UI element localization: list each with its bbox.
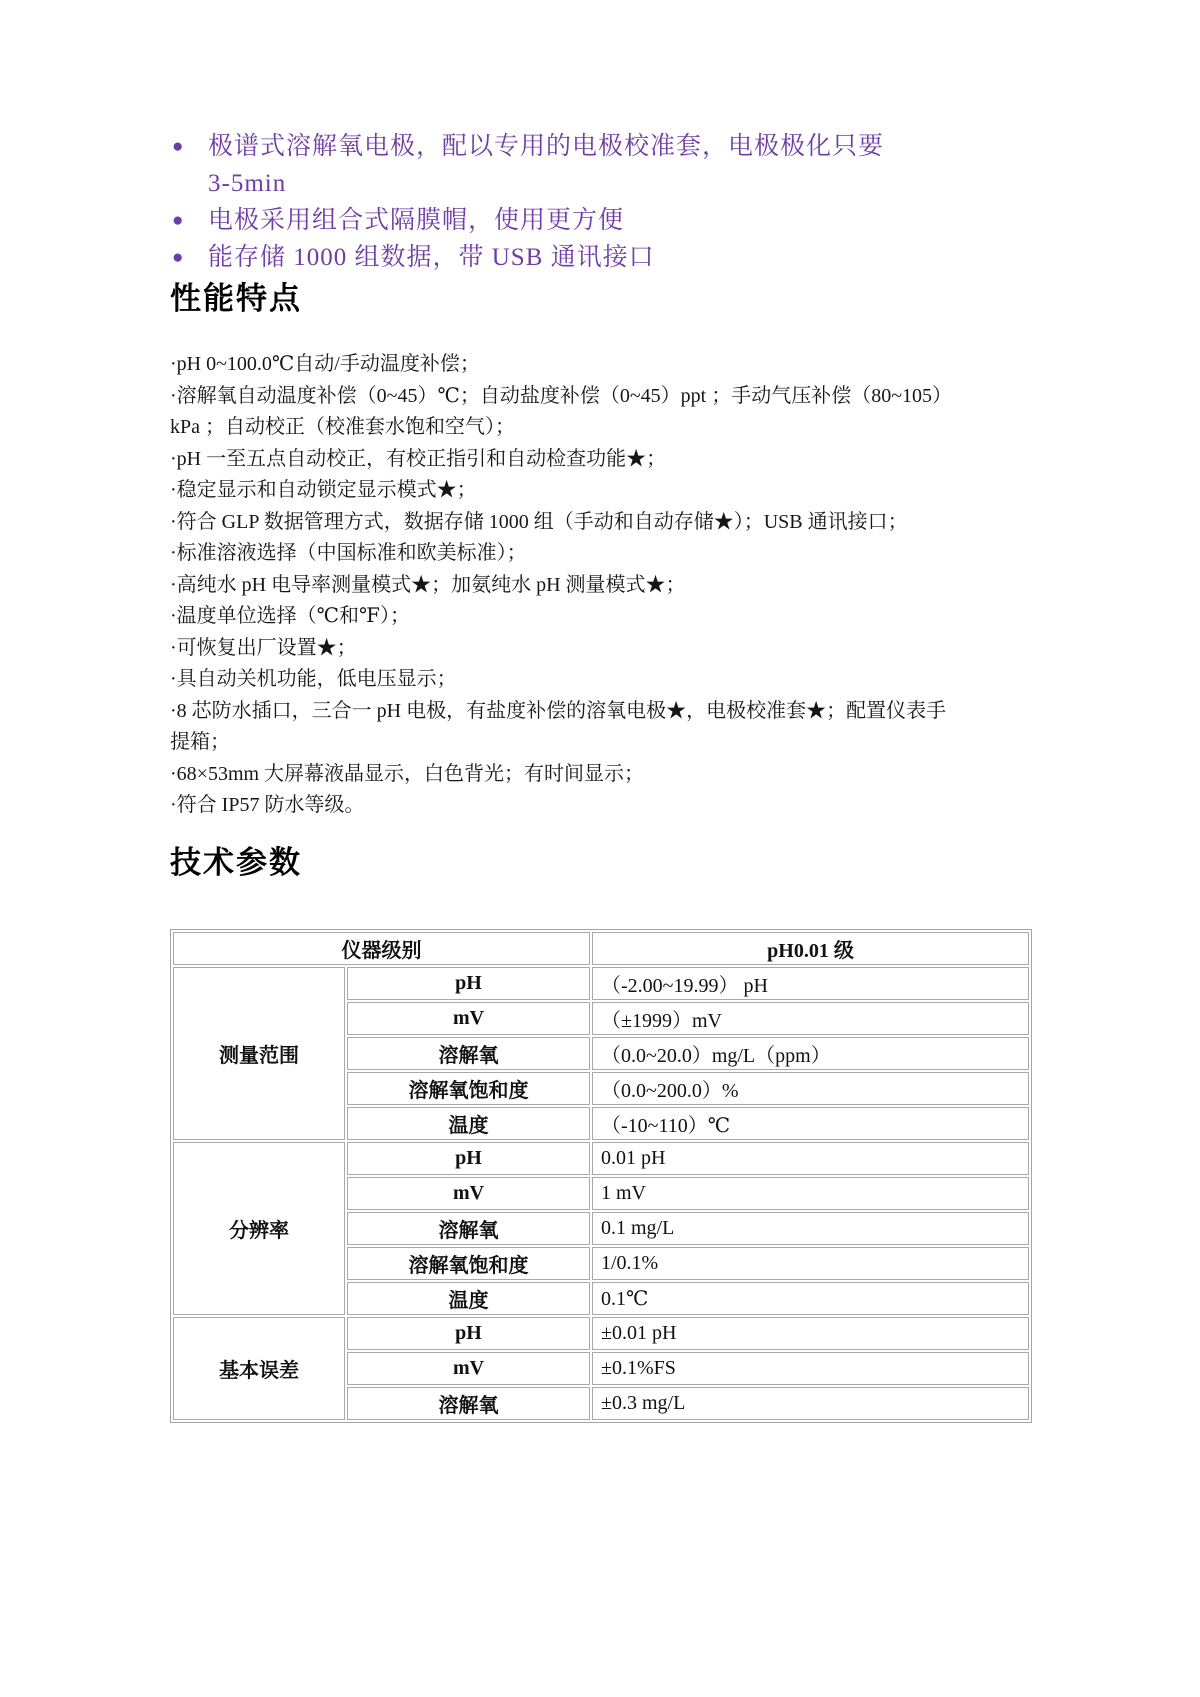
bullet-icon: ● <box>170 202 208 239</box>
param-cell: mV <box>347 1002 590 1035</box>
feature-item: ·高纯水 pH 电导率测量模式★；加氨纯水 pH 测量模式★； <box>170 570 950 602</box>
value-cell: 0.1 mg/L <box>592 1212 1029 1245</box>
feature-item: ·符合 IP57 防水等级。 <box>170 790 950 822</box>
value-cell: （0.0~200.0）% <box>592 1072 1029 1105</box>
group-cell-resolution: 分辨率 <box>173 1142 345 1315</box>
bullet-line: 电极采用组合式隔膜帽，使用更方便 <box>208 202 624 239</box>
document-page: ● 极谱式溶解氧电极，配以专用的电极校准套，电极极化只要 3-5min ● 电极… <box>0 0 1200 1697</box>
feature-list: ·pH 0~100.0℃自动/手动温度补偿； ·溶解氧自动温度补偿（0~45）℃… <box>170 349 1140 822</box>
feature-item: ·温度单位选择（℃和℉）； <box>170 601 950 633</box>
feature-item: ·溶解氧自动温度补偿（0~45）℃；自动盐度补偿（0~45）ppt ；手动气压补… <box>170 381 950 444</box>
param-cell: 溶解氧 <box>347 1037 590 1070</box>
feature-item: ·68×53mm 大屏幕液晶显示，白色背光；有时间显示； <box>170 759 950 791</box>
value-cell: （0.0~20.0）mg/L（ppm） <box>592 1037 1029 1070</box>
specs-table: 仪器级别 pH0.01 级 测量范围 pH （-2.00~19.99） pH m… <box>170 929 1032 1423</box>
highlight-bullet-item: ● 电极采用组合式隔膜帽，使用更方便 <box>170 202 1140 239</box>
value-cell: ±0.3 mg/L <box>592 1387 1029 1420</box>
value-cell: 0.01 pH <box>592 1142 1029 1175</box>
param-cell: pH <box>347 1317 590 1350</box>
highlight-bullet-item: ● 极谱式溶解氧电极，配以专用的电极校准套，电极极化只要 3-5min <box>170 128 1140 202</box>
highlight-bullet-text: 电极采用组合式隔膜帽，使用更方便 <box>208 202 624 239</box>
param-cell: mV <box>347 1177 590 1210</box>
value-cell: （±1999）mV <box>592 1002 1029 1035</box>
feature-item: ·具自动关机功能，低电压显示； <box>170 664 950 696</box>
value-cell: 1/0.1% <box>592 1247 1029 1280</box>
value-cell: （-2.00~19.99） pH <box>592 967 1029 1000</box>
feature-item: ·pH 一至五点自动校正，有校正指引和自动检查功能★； <box>170 444 950 476</box>
highlight-bullet-text: 能存储 1000 组数据，带 USB 通讯接口 <box>208 239 655 276</box>
value-cell: ±0.1%FS <box>592 1352 1029 1385</box>
feature-item: ·符合 GLP 数据管理方式，数据存储 1000 组（手动和自动存储★）；USB… <box>170 507 950 539</box>
bullet-icon: ● <box>170 239 208 276</box>
section-title-specs: 技术参数 <box>170 844 1140 881</box>
bullet-line: 能存储 1000 组数据，带 USB 通讯接口 <box>208 239 655 276</box>
value-cell: ±0.01 pH <box>592 1317 1029 1350</box>
value-cell: 1 mV <box>592 1177 1029 1210</box>
table-row: 基本误差 pH ±0.01 pH <box>173 1317 1029 1350</box>
param-cell: 溶解氧饱和度 <box>347 1072 590 1105</box>
table-row: 分辨率 pH 0.01 pH <box>173 1142 1029 1175</box>
feature-item: ·稳定显示和自动锁定显示模式★； <box>170 475 950 507</box>
param-cell: 溶解氧 <box>347 1387 590 1420</box>
feature-item: ·可恢复出厂设置★； <box>170 633 950 665</box>
table-row: 测量范围 pH （-2.00~19.99） pH <box>173 967 1029 1000</box>
group-cell-measuring-range: 测量范围 <box>173 967 345 1140</box>
bullet-icon: ● <box>170 128 208 165</box>
feature-item: ·8 芯防水插口，三合一 pH 电极，有盐度补偿的溶氧电极★，电极校准套★；配置… <box>170 696 950 759</box>
param-cell: 温度 <box>347 1107 590 1140</box>
param-cell: pH <box>347 1142 590 1175</box>
param-cell: 溶解氧 <box>347 1212 590 1245</box>
param-cell: 溶解氧饱和度 <box>347 1247 590 1280</box>
bullet-line: 3-5min <box>208 165 884 202</box>
param-cell: 温度 <box>347 1282 590 1315</box>
table-header-row: 仪器级别 pH0.01 级 <box>173 932 1029 965</box>
bullet-line: 极谱式溶解氧电极，配以专用的电极校准套，电极极化只要 <box>208 128 884 165</box>
header-cell-instrument-level: 仪器级别 <box>173 932 590 965</box>
highlight-bullet-item: ● 能存储 1000 组数据，带 USB 通讯接口 <box>170 239 1140 276</box>
param-cell: mV <box>347 1352 590 1385</box>
highlight-bullet-text: 极谱式溶解氧电极，配以专用的电极校准套，电极极化只要 3-5min <box>208 128 884 202</box>
value-cell: 0.1℃ <box>592 1282 1029 1315</box>
param-cell: pH <box>347 967 590 1000</box>
feature-item: ·标准溶液选择（中国标准和欧美标准）； <box>170 538 950 570</box>
value-cell: （-10~110）℃ <box>592 1107 1029 1140</box>
group-cell-basic-error: 基本误差 <box>173 1317 345 1420</box>
header-cell-class: pH0.01 级 <box>592 932 1029 965</box>
highlight-bullet-list: ● 极谱式溶解氧电极，配以专用的电极校准套，电极极化只要 3-5min ● 电极… <box>170 128 1140 276</box>
section-title-features: 性能特点 <box>170 280 1140 317</box>
feature-item: ·pH 0~100.0℃自动/手动温度补偿； <box>170 349 950 381</box>
